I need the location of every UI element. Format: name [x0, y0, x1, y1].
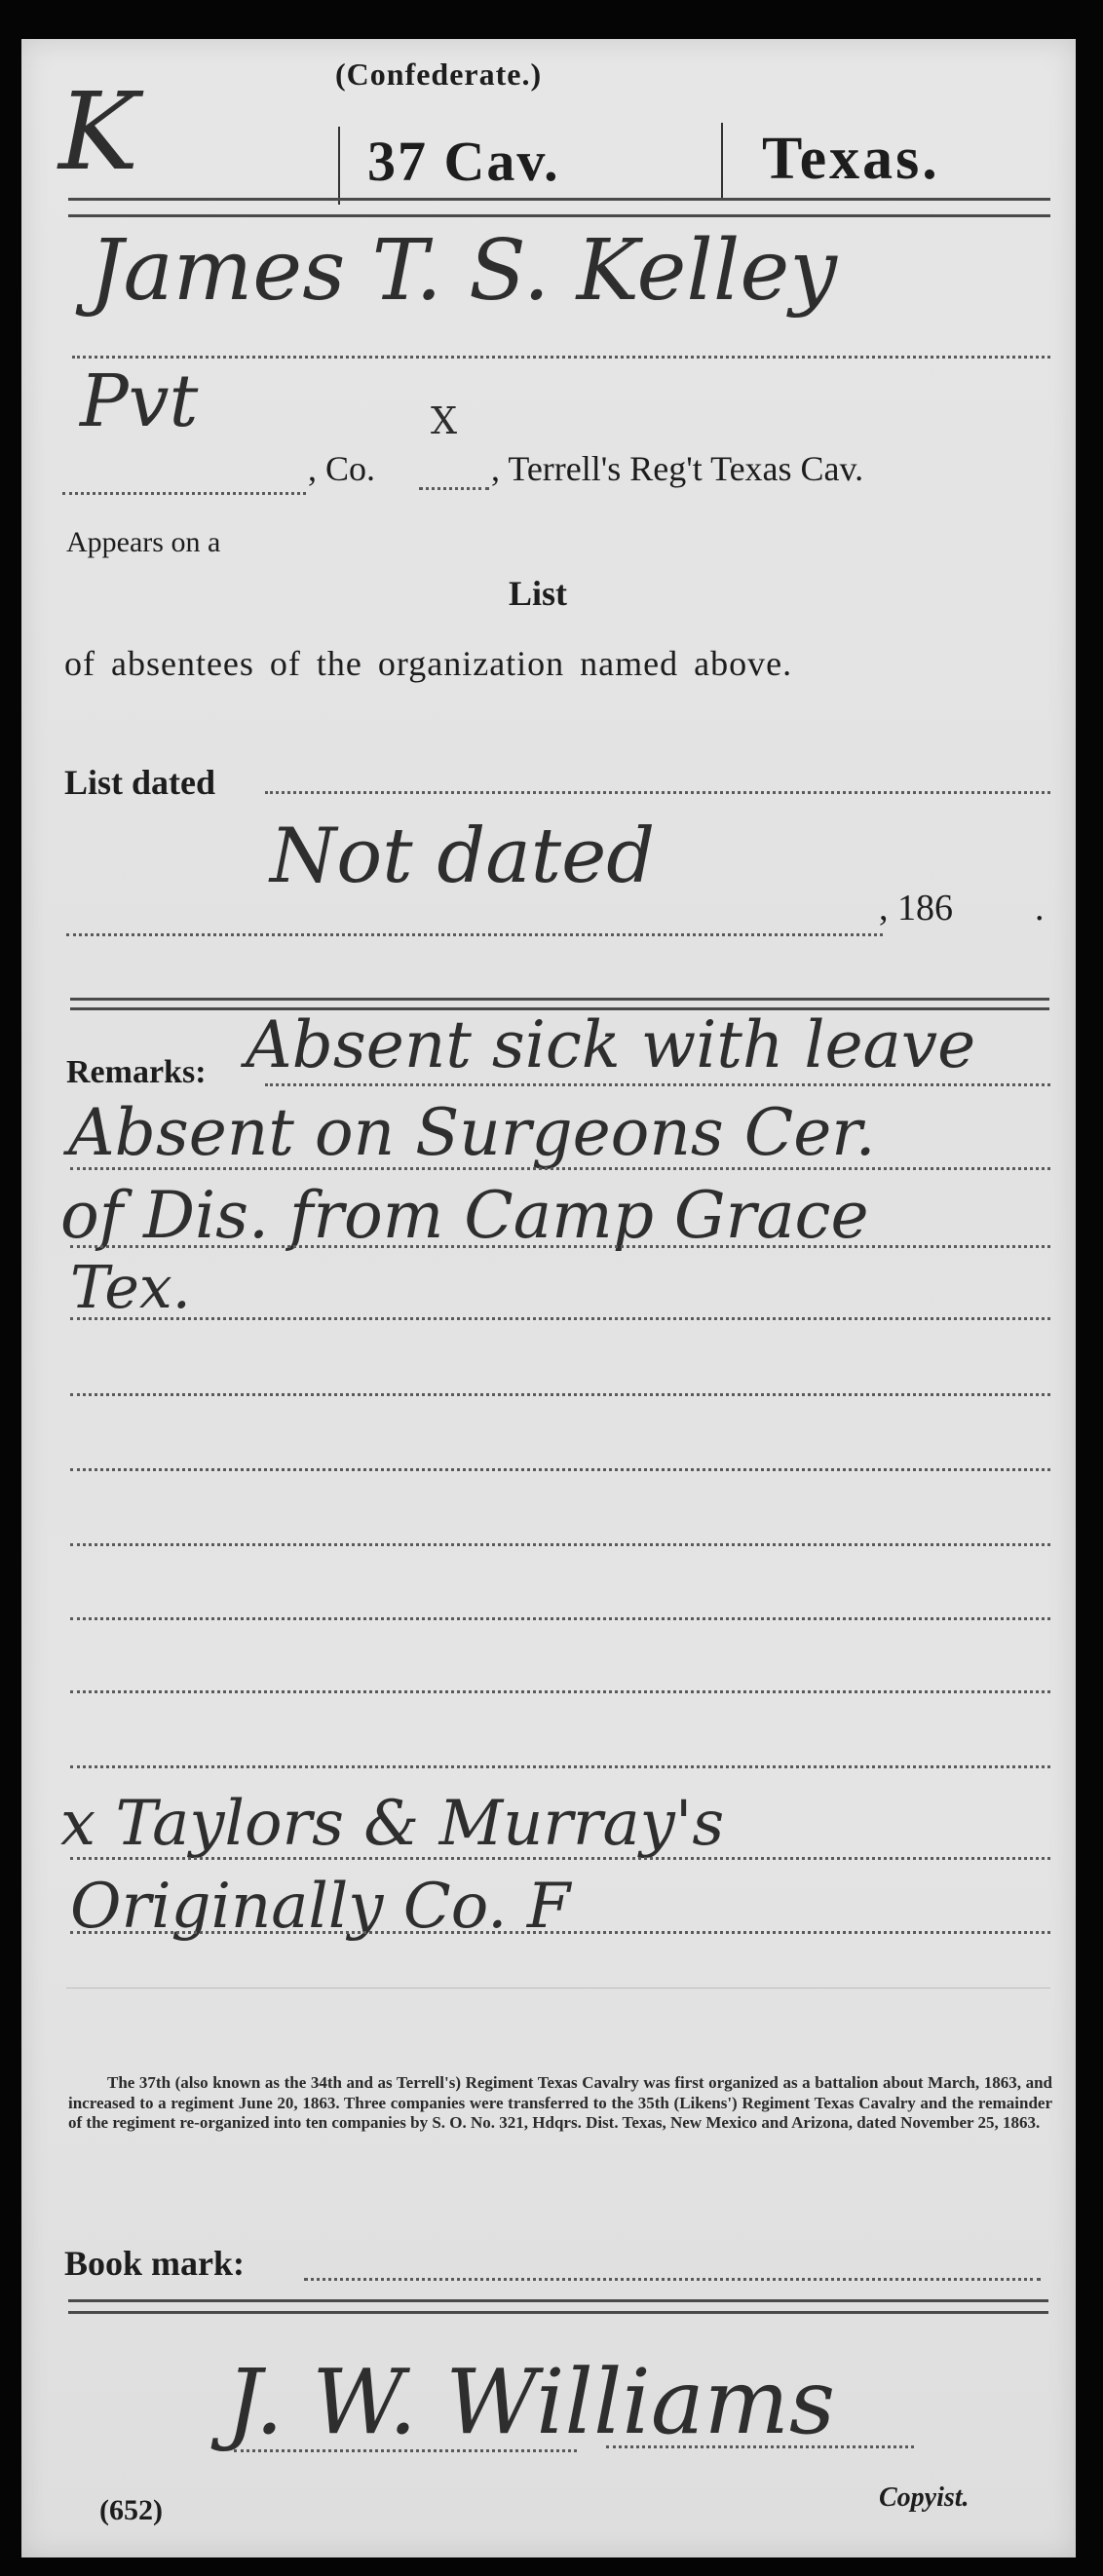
remarks-dotted-line — [265, 1083, 1050, 1086]
signature-dotted-line — [234, 2449, 577, 2452]
copyist-signature: J. W. Williams — [226, 2358, 835, 2447]
record-type: List — [509, 573, 567, 614]
year-suffix: . — [1035, 887, 1045, 929]
list-dated-value: Not dated — [270, 818, 655, 894]
footnote-line: x Taylors & Murray's — [60, 1793, 724, 1855]
header-divider — [721, 123, 723, 201]
book-mark-rule — [68, 2299, 1048, 2302]
blank-dotted-line — [70, 1765, 1050, 1768]
blank-dotted-line — [70, 1617, 1050, 1620]
state-label: Texas. — [762, 125, 940, 194]
section-rule — [70, 998, 1049, 1001]
header-rule — [68, 198, 1050, 201]
signature-dotted-line — [606, 2445, 914, 2448]
company-value: X — [431, 399, 457, 442]
remarks-dotted-line — [70, 1245, 1050, 1248]
blank-dotted-line — [70, 1468, 1050, 1471]
date-dotted-line — [66, 933, 883, 936]
footnote-dotted-line — [70, 1857, 1050, 1860]
corner-mark: K — [58, 78, 138, 185]
book-mark-rule — [68, 2311, 1048, 2314]
rank-dotted-line — [62, 492, 306, 495]
company-label: , Co. — [308, 448, 375, 489]
blank-dotted-line — [70, 1393, 1050, 1396]
book-mark-label: Book mark: — [64, 2243, 245, 2284]
blank-dotted-line — [70, 1317, 1050, 1320]
unit-label: 37 Cav. — [367, 129, 560, 194]
company-dotted-line — [419, 487, 489, 490]
blank-dotted-line — [70, 1543, 1050, 1546]
appears-on-label: Appears on a — [66, 526, 220, 559]
list-dated-label: List dated — [64, 762, 215, 803]
remarks-line: of Dis. from Camp Grace — [60, 1184, 869, 1248]
footnote-dotted-line — [70, 1931, 1050, 1934]
remarks-dotted-line — [70, 1167, 1050, 1170]
form-number: (652) — [99, 2494, 163, 2527]
header-rule — [68, 214, 1050, 217]
remarks-line: Absent sick with leave — [246, 1013, 975, 1078]
regiment-label: , Terrell's Reg't Texas Cav. — [491, 448, 863, 489]
header-divider — [338, 127, 340, 205]
remarks-line: Absent on Surgeons Cer. — [68, 1101, 876, 1165]
list-dated-dotted-line — [265, 791, 1050, 794]
compiled-service-record-card: K (Confederate.) 37 Cav. Texas. James T.… — [21, 39, 1076, 2557]
remarks-label: Remarks: — [66, 1054, 207, 1091]
rank-value: Pvt — [80, 365, 198, 437]
footnote-line: Originally Co. F — [70, 1875, 570, 1938]
book-mark-dotted-line — [304, 2278, 1041, 2281]
footnote-rule — [66, 1988, 1050, 1989]
copyist-label: Copyist. — [879, 2482, 970, 2514]
remarks-line: Tex. — [70, 1259, 191, 1317]
name-dotted-line — [72, 356, 1050, 359]
affiliation-label: (Confederate.) — [335, 57, 542, 93]
year-prefix: , 186 — [879, 887, 953, 929]
record-description: of absentees of the organization named a… — [64, 643, 792, 684]
soldier-name: James T. S. Kelley — [90, 229, 837, 313]
blank-dotted-line — [70, 1690, 1050, 1693]
regiment-history-note: The 37th (also known as the 34th and as … — [68, 2073, 1052, 2134]
